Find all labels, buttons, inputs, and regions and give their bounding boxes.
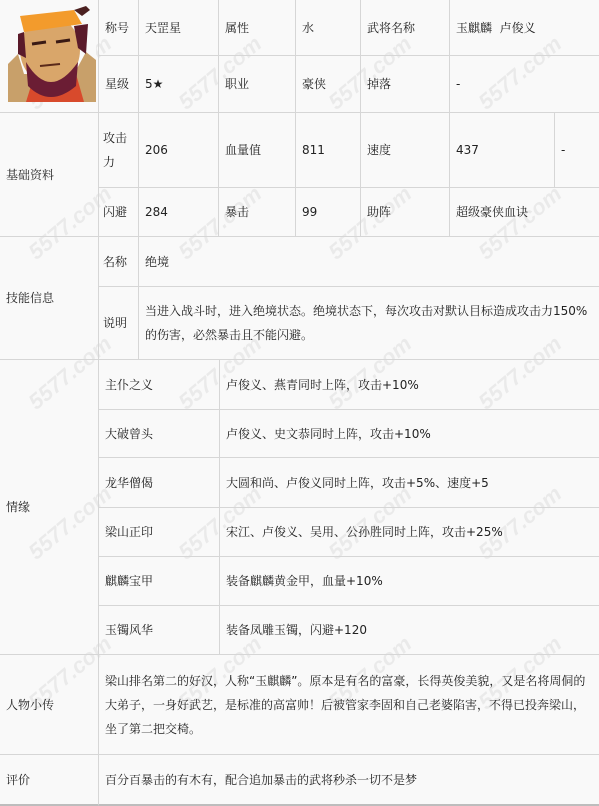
name-label: 武将名称 xyxy=(361,0,450,56)
spd-label: 速度 xyxy=(361,113,450,188)
drop-label: 掉落 xyxy=(361,56,450,113)
atk-label-text: 攻击力 xyxy=(103,126,133,174)
title-label: 称号 xyxy=(99,0,139,56)
extra-value: - xyxy=(555,113,599,188)
crit-label: 暴击 xyxy=(219,188,296,237)
qingyuan-section-label: 情缘 xyxy=(0,360,99,655)
qingyuan-name: 麒麟宝甲 xyxy=(99,557,220,606)
qingyuan-name: 梁山正印 xyxy=(99,508,220,557)
qingyuan-effect: 装备麒麟黄金甲，血量+10% xyxy=(220,557,599,606)
title-value: 天罡星 xyxy=(139,0,219,56)
qingyuan-effect: 宋江、卢俊义、吴用、公孙胜同时上阵，攻击+25% xyxy=(220,508,599,557)
star-value: 5★ xyxy=(139,56,219,113)
qingyuan-name: 大破曾头 xyxy=(99,410,220,458)
review-text: 百分百暴击的有木有，配合追加暴击的武将秒杀一切不是梦 xyxy=(99,755,599,806)
hero-portrait-icon xyxy=(4,4,96,102)
assist-label: 助阵 xyxy=(361,188,450,237)
hp-label: 血量值 xyxy=(219,113,296,188)
qingyuan-name: 玉镯风华 xyxy=(99,606,220,655)
skill-section-label: 技能信息 xyxy=(0,237,99,360)
qingyuan-effect: 卢俊义、燕青同时上阵，攻击+10% xyxy=(220,360,599,410)
skill-name-value: 绝境 xyxy=(139,237,599,287)
skill-desc-value: 当进入战斗时，进入绝境状态。绝境状态下，每次攻击对默认目标造成攻击力150%的伤… xyxy=(139,287,599,360)
job-value: 豪侠 xyxy=(296,56,361,113)
hp-value: 811 xyxy=(296,113,361,188)
attr-label: 属性 xyxy=(219,0,296,56)
dodge-value: 284 xyxy=(139,188,219,237)
qingyuan-effect: 装备凤雕玉镯，闪避+120 xyxy=(220,606,599,655)
qingyuan-name: 龙华僧偈 xyxy=(99,458,220,508)
qingyuan-name: 主仆之义 xyxy=(99,360,220,410)
qingyuan-effect: 卢俊义、史文恭同时上阵，攻击+10% xyxy=(220,410,599,458)
dodge-label: 闪避 xyxy=(99,188,139,237)
skill-desc-label: 说明 xyxy=(99,287,139,360)
spd-value: 437 xyxy=(450,113,555,188)
name-value: 玉麒麟 卢俊义 xyxy=(450,0,599,56)
avatar-cell xyxy=(0,0,99,113)
review-section-label: 评价 xyxy=(0,755,99,806)
qingyuan-effect: 大圆和尚、卢俊义同时上阵，攻击+5%、速度+5 xyxy=(220,458,599,508)
bio-text: 梁山排名第二的好汉，人称“玉麒麟”。原本是有名的富豪，长得英俊美貌，又是名将周侗… xyxy=(99,655,599,755)
atk-value: 206 xyxy=(139,113,219,188)
basic-section-label: 基础资料 xyxy=(0,113,99,237)
bio-section-label: 人物小传 xyxy=(0,655,99,755)
atk-label: 攻击力 xyxy=(99,113,139,188)
crit-value: 99 xyxy=(296,188,361,237)
attr-value: 水 xyxy=(296,0,361,56)
job-label: 职业 xyxy=(219,56,296,113)
drop-value: - xyxy=(450,56,599,113)
star-label: 星级 xyxy=(99,56,139,113)
assist-value: 超级豪侠血诀 xyxy=(450,188,599,237)
skill-name-label: 名称 xyxy=(99,237,139,287)
